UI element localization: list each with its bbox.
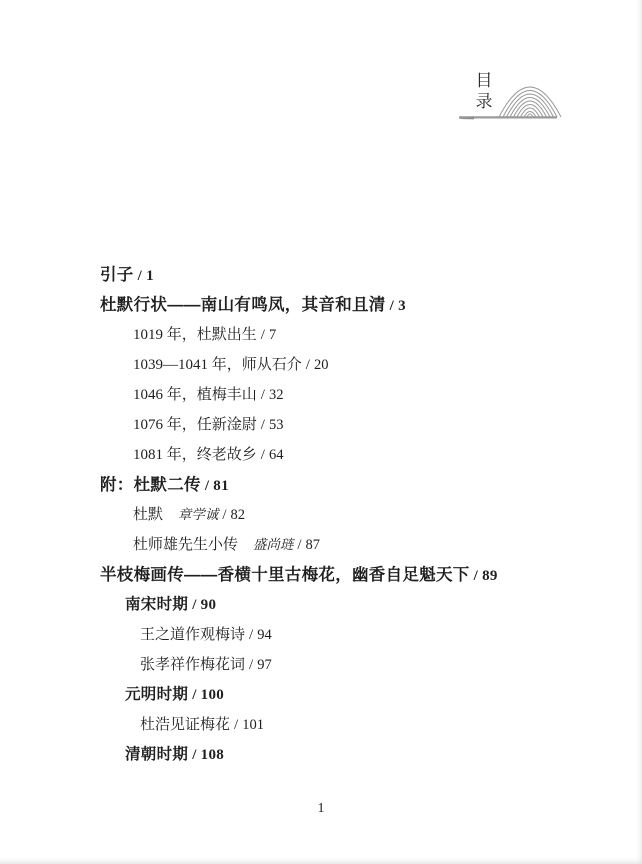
toc-list: 引子/1 杜默行状——南山有鸣凤，其音和且清/3 1019 年，杜默出生/7 1…: [0, 260, 642, 770]
toc-entry: 引子/1: [0, 260, 642, 290]
toc-entry-separator: /: [205, 478, 209, 494]
toc-entry-page: 7: [269, 327, 276, 343]
toc-entry-label: 附：杜默二传: [100, 476, 201, 494]
toc-entry-separator: /: [192, 597, 196, 613]
toc-entry: 1046 年，植梅丰山/32: [0, 380, 642, 410]
toc-entry: 1039—1041 年，师从石介/20: [0, 350, 642, 380]
toc-entry-separator: /: [222, 507, 226, 523]
toc-entry-separator: /: [249, 657, 253, 673]
toc-entry-separator: /: [261, 327, 265, 343]
toc-entry-label: 1081 年，终老故乡: [133, 447, 257, 463]
toc-entry: 附：杜默二传/81: [0, 470, 642, 500]
toc-title-char-1: 目: [474, 70, 494, 91]
toc-entry-separator: /: [261, 447, 265, 463]
page: 目 录 引子/1 杜默行状——南山有鸣凤，其音和且清/3 101: [0, 0, 642, 864]
toc-entry-author: 章学诚: [178, 507, 219, 522]
toc-entry-label: 杜默: [133, 507, 163, 523]
toc-entry: 王之道作观梅诗/94: [0, 620, 642, 650]
toc-entry-page: 82: [231, 507, 246, 523]
toc-entry-label: 张孝祥作梅花词: [140, 657, 245, 673]
toc-entry-page: 87: [306, 537, 321, 553]
toc-entry-page: 3: [398, 298, 406, 314]
toc-entry-label: 杜师雄先生小传: [133, 537, 238, 553]
toc-entry-page: 108: [201, 747, 224, 763]
toc-entry: 1019 年，杜默出生/7: [0, 320, 642, 350]
toc-entry: 南宋时期/90: [0, 590, 642, 620]
toc-entry-page: 94: [257, 627, 272, 643]
toc-entry-label: 1019 年，杜默出生: [133, 327, 257, 343]
toc-entry: 1081 年，终老故乡/64: [0, 440, 642, 470]
toc-entry-label: 南宋时期: [125, 596, 188, 613]
toc-entry: 张孝祥作梅花词/97: [0, 650, 642, 680]
toc-entry-page: 81: [213, 478, 229, 494]
toc-entry: 半枝梅画传——香横十里古梅花，幽香自足魁天下/89: [0, 560, 642, 590]
toc-entry-label: 1046 年，植梅丰山: [133, 387, 257, 403]
toc-entry-separator: /: [192, 747, 196, 763]
toc-entry-separator: /: [474, 568, 478, 584]
toc-entry: 1076 年，任新淦尉/53: [0, 410, 642, 440]
toc-entry-author: 盛尚琏: [253, 537, 294, 552]
toc-entry-separator: /: [390, 298, 394, 314]
toc-entry-label: 1039—1041 年，师从石介: [133, 357, 302, 373]
toc-entry-page: 20: [314, 357, 329, 373]
toc-entry: 元明时期/100: [0, 680, 642, 710]
toc-entry-label: 王之道作观梅诗: [140, 627, 245, 643]
toc-entry: 杜默章学诚/82: [0, 500, 642, 530]
toc-title: 目 录: [474, 70, 494, 112]
toc-entry: 杜浩见证梅花/101: [0, 710, 642, 740]
toc-entry-page: 89: [482, 568, 498, 584]
toc-entry-label: 引子: [100, 266, 134, 284]
toc-entry-page: 64: [269, 447, 284, 463]
toc-entry: 杜默行状——南山有鸣凤，其音和且清/3: [0, 290, 642, 320]
toc-entry-separator: /: [234, 717, 238, 733]
toc-entry-separator: /: [261, 387, 265, 403]
page-number: 1: [0, 801, 642, 817]
toc-title-char-2: 录: [474, 91, 494, 112]
toc-entry-page: 90: [201, 597, 217, 613]
toc-entry-separator: /: [249, 627, 253, 643]
header-logo: 目 录: [458, 70, 564, 122]
toc-entry-page: 100: [201, 687, 224, 703]
toc-entry-separator: /: [297, 537, 301, 553]
toc-entry: 清朝时期/108: [0, 740, 642, 770]
toc-entry-separator: /: [192, 687, 196, 703]
toc-entry-page: 53: [269, 417, 284, 433]
toc-entry-page: 97: [257, 657, 272, 673]
toc-entry-label: 1076 年，任新淦尉: [133, 417, 257, 433]
toc-entry-page: 1: [146, 268, 154, 284]
toc-entry-label: 半枝梅画传——香横十里古梅花，幽香自足魁天下: [100, 566, 470, 584]
toc-entry: 杜师雄先生小传盛尚琏/87: [0, 530, 642, 560]
toc-entry-page: 101: [242, 717, 264, 733]
toc-entry-page: 32: [269, 387, 284, 403]
toc-entry-label: 清朝时期: [125, 746, 188, 763]
toc-entry-label: 杜浩见证梅花: [140, 717, 230, 733]
toc-entry-label: 杜默行状——南山有鸣凤，其音和且清: [100, 296, 386, 314]
toc-entry-separator: /: [138, 268, 142, 284]
toc-entry-separator: /: [306, 357, 310, 373]
toc-entry-label: 元明时期: [125, 686, 188, 703]
toc-entry-separator: /: [261, 417, 265, 433]
